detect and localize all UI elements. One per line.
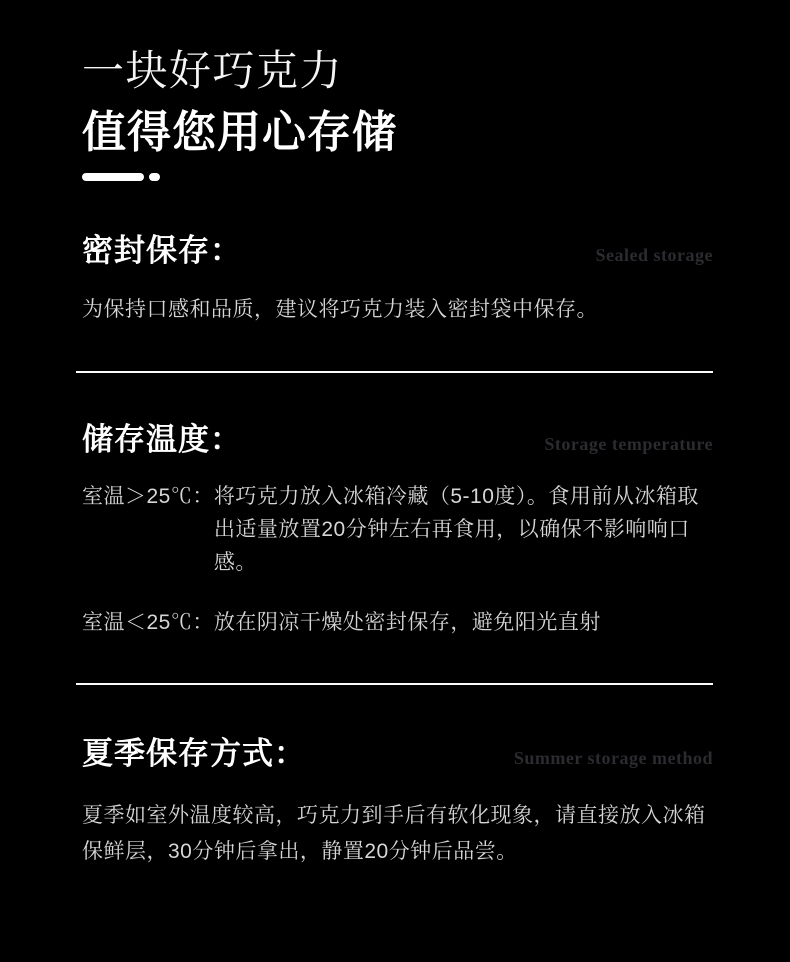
decoration-bar xyxy=(82,173,144,181)
section-heading: 夏季保存方式： xyxy=(82,736,306,772)
section-heading-english: Storage temperature xyxy=(544,434,713,455)
section-heading-english: Summer storage method xyxy=(514,748,713,769)
decoration-dot xyxy=(149,173,160,181)
page-title-line1: 一块好巧克力 xyxy=(82,46,713,96)
temperature-rule-below-25: 室温＜25℃： 放在阴凉干燥处密封保存，避免阳光直射 xyxy=(82,606,713,639)
temperature-condition-label: 室温＜25℃： xyxy=(82,606,214,639)
section-heading: 密封保存： xyxy=(82,233,242,269)
section-divider xyxy=(76,371,713,373)
section-divider xyxy=(76,683,713,685)
page-title-line2: 值得您用心存储 xyxy=(82,106,713,159)
temperature-condition-label: 室温＞25℃： xyxy=(82,480,214,579)
section-sealed-storage: 密封保存： Sealed storage 为保持口感和品质，建议将巧克力装入密封… xyxy=(82,233,713,326)
section-storage-temperature: 储存温度： Storage temperature 室温＞25℃： 将巧克力放入… xyxy=(82,422,713,639)
temperature-instruction-text: 将巧克力放入冰箱冷藏（5-10度）。食用前从冰箱取出适量放置20分钟左右再食用，… xyxy=(214,480,713,579)
page-header: 一块好巧克力 值得您用心存储 xyxy=(82,46,713,181)
temperature-rule-above-25: 室温＞25℃： 将巧克力放入冰箱冷藏（5-10度）。食用前从冰箱取出适量放置20… xyxy=(82,480,713,579)
section-heading-english: Sealed storage xyxy=(596,245,713,266)
section-body: 夏季如室外温度较高，巧克力到手后有软化现象，请直接放入冰箱保鲜层，30分钟后拿出… xyxy=(82,798,713,870)
section-summer-storage-header: 夏季保存方式： Summer storage method xyxy=(82,736,713,772)
chocolate-storage-info-page: 一块好巧克力 值得您用心存储 密封保存： Sealed storage 为保持口… xyxy=(0,0,790,962)
section-sealed-storage-header: 密封保存： Sealed storage xyxy=(82,233,713,269)
section-body: 为保持口感和品质，建议将巧克力装入密封袋中保存。 xyxy=(82,293,713,326)
temperature-instruction-text: 放在阴凉干燥处密封保存，避免阳光直射 xyxy=(214,606,713,639)
section-heading: 储存温度： xyxy=(82,422,242,458)
section-storage-temperature-header: 储存温度： Storage temperature xyxy=(82,422,713,458)
section-summer-storage: 夏季保存方式： Summer storage method 夏季如室外温度较高，… xyxy=(82,736,713,870)
title-underline-decoration xyxy=(82,173,713,181)
